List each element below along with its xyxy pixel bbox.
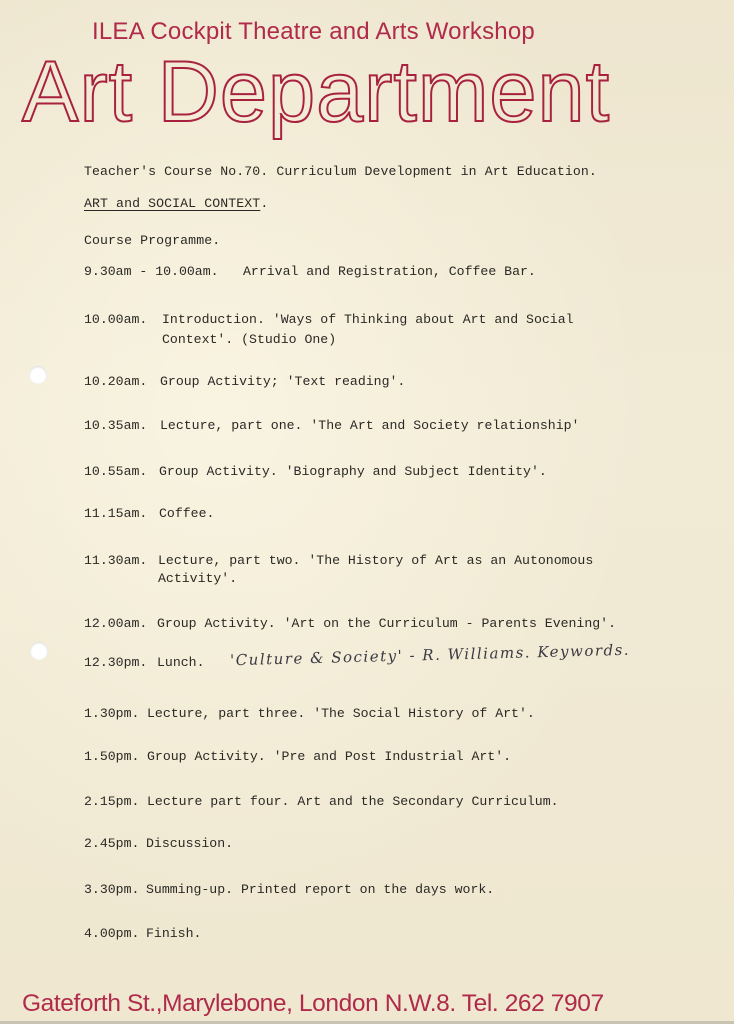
schedule-text: Finish. xyxy=(146,926,201,941)
schedule-text: Lecture, part two. 'The History of Art a… xyxy=(158,553,593,568)
organisation-name: ILEA Cockpit Theatre and Arts Workshop xyxy=(92,18,535,46)
schedule-time: 1.50pm. xyxy=(84,749,139,764)
schedule-text: Lunch. xyxy=(157,655,204,670)
handwritten-annotation: 'Culture & Society' - R. Williams. Keywo… xyxy=(230,641,630,669)
schedule-text: Arrival and Registration, Coffee Bar. xyxy=(243,264,536,279)
schedule-time: 12.00am. xyxy=(84,616,147,631)
schedule-text-continuation: Context'. (Studio One) xyxy=(162,332,336,347)
topic-heading: ART and SOCIAL CONTEXT. xyxy=(84,196,268,211)
schedule-text: Group Activity. 'Pre and Post Industrial… xyxy=(147,749,511,764)
schedule-time: 4.00pm. xyxy=(84,926,139,941)
document-page: ILEA Cockpit Theatre and Arts Workshop A… xyxy=(0,0,734,1024)
footer-address: Gateforth St.,Marylebone, London N.W.8. … xyxy=(22,990,604,1018)
schedule-time: 12.30pm. xyxy=(84,655,147,670)
schedule-time: 2.15pm. xyxy=(84,794,139,809)
schedule-text: Group Activity. 'Biography and Subject I… xyxy=(159,464,547,479)
schedule-text: Introduction. 'Ways of Thinking about Ar… xyxy=(162,312,574,327)
punch-hole-icon xyxy=(30,642,48,660)
schedule-text: Discussion. xyxy=(146,836,233,851)
schedule-text: Lecture, part one. 'The Art and Society … xyxy=(160,418,579,433)
schedule-text-continuation: Activity'. xyxy=(158,571,237,586)
schedule-text: Lecture, part three. 'The Social History… xyxy=(147,706,535,721)
schedule-time: 10.35am. xyxy=(84,418,147,433)
schedule-text: Group Activity; 'Text reading'. xyxy=(160,374,405,389)
schedule-time: 10.00am. xyxy=(84,312,147,327)
schedule-time: 2.45pm. xyxy=(84,836,139,851)
schedule-text: Coffee. xyxy=(159,506,214,521)
schedule-time: 9.30am - 10.00am. xyxy=(84,264,219,279)
schedule-time: 1.30pm. xyxy=(84,706,139,721)
schedule-time: 3.30pm. xyxy=(84,882,139,897)
punch-hole-icon xyxy=(29,366,47,384)
schedule-time: 11.15am. xyxy=(84,506,147,521)
schedule-time: 10.20am. xyxy=(84,374,147,389)
topic-title: ART and SOCIAL CONTEXT xyxy=(84,196,260,211)
topic-period: . xyxy=(260,196,268,211)
schedule-text: Group Activity. 'Art on the Curriculum -… xyxy=(157,616,616,631)
schedule-text: Summing-up. Printed report on the days w… xyxy=(146,882,494,897)
schedule-time: 10.55am. xyxy=(84,464,147,479)
department-title: Art Department xyxy=(22,44,610,140)
schedule-time: 11.30am. xyxy=(84,553,147,568)
programme-heading: Course Programme. xyxy=(84,233,220,248)
schedule-text: Lecture part four. Art and the Secondary… xyxy=(147,794,559,809)
course-line: Teacher's Course No.70. Curriculum Devel… xyxy=(84,164,597,179)
